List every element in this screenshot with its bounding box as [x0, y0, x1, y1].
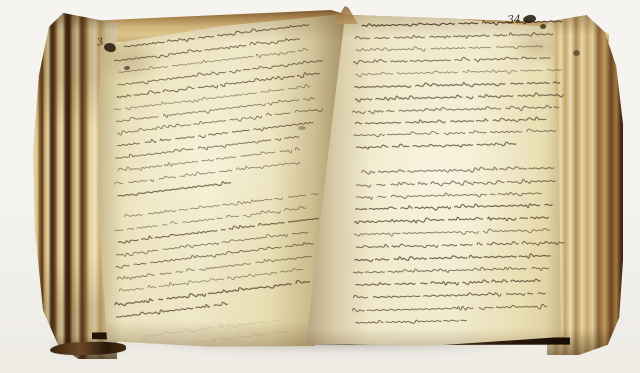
- right-page: [300, 12, 570, 352]
- right-page-number: 34: [507, 13, 522, 27]
- ink-blot: [573, 50, 580, 56]
- manuscript-photo: 3 34: [0, 0, 640, 373]
- left-page: [95, 12, 347, 348]
- ink-blot: [124, 66, 130, 70]
- ink-blot: [298, 126, 306, 130]
- ink-blot: [540, 24, 546, 29]
